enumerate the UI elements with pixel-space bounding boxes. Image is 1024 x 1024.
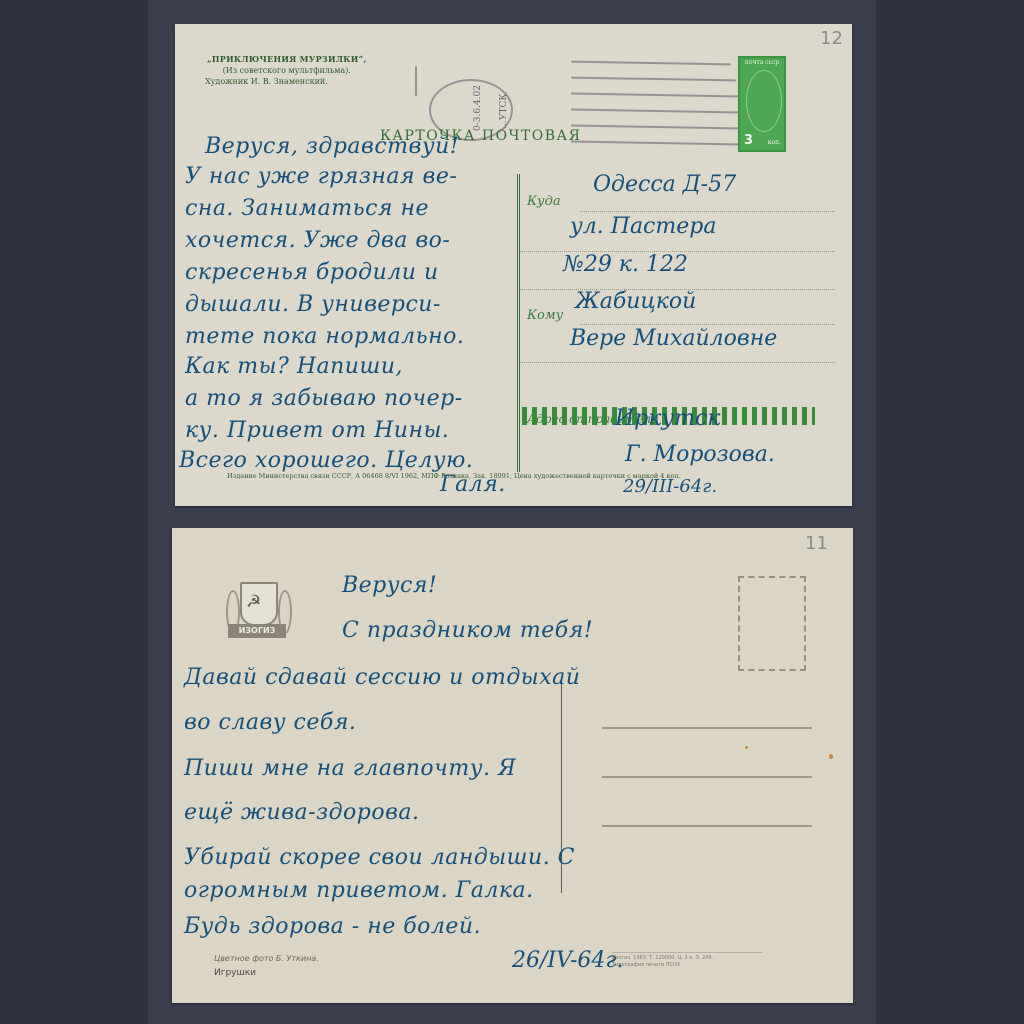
message-line: Веруся, здравствуй!	[205, 134, 459, 159]
label-to-whom: Кому	[527, 308, 563, 323]
stain-mark	[745, 746, 748, 749]
publisher-footer: Издание Министерства связи СССР, А 06468…	[227, 472, 681, 480]
izogiz-emblem: ☭ ИЗОГИЗ	[224, 580, 292, 650]
cartoon-title-block: „ПРИКЛЮЧЕНИЯ МУРЗИЛКИ“, (Из советского м…	[207, 54, 367, 87]
cancel-wave-icon	[571, 109, 741, 114]
address-city: Одесса Д-57	[593, 172, 736, 197]
publisher-banner: ИЗОГИЗ	[228, 624, 286, 638]
address-line	[602, 727, 812, 729]
stamp-value: 3	[744, 133, 753, 148]
message-line: ку. Привет от Нины.	[185, 418, 449, 443]
title-line: „ПРИКЛЮЧЕНИЯ МУРЗИЛКИ“,	[207, 54, 367, 65]
archive-number: 12	[820, 28, 843, 49]
stamp-globe-icon	[746, 70, 782, 132]
message-line: У нас уже грязная ве-	[185, 164, 457, 189]
stamp-country: почта ссср	[740, 59, 784, 66]
title-line: (Из советского мультфильма).	[207, 65, 367, 76]
address-street: ул. Пастера	[570, 214, 716, 239]
address-surname: Жабицкой	[575, 289, 696, 314]
message-line: скресенья бродили и	[185, 260, 439, 285]
postmark-city: …УТСК	[499, 94, 509, 129]
postmark-date: 0-3.6.4.02	[473, 85, 483, 131]
message-line: Веруся!	[342, 573, 437, 598]
artist-line: Художник И. В. Знаменский.	[205, 76, 367, 87]
address-line	[520, 362, 835, 363]
cancel-wave-icon	[571, 77, 736, 82]
message-line: во славу себя.	[184, 710, 356, 735]
sender-city: Иркутск	[615, 406, 721, 431]
print-info-line: Изогиз. 1963. Т. 120000. Ц. 2 к. З. 249.	[612, 955, 762, 962]
message-line: Всего хорошего. Целую.	[179, 448, 473, 473]
sender-name: Г. Морозова.	[625, 442, 775, 467]
address-name: Вере Михайловне	[570, 326, 777, 351]
postage-stamp: почта ссср 3 коп.	[738, 56, 786, 152]
message-line: Пиши мне на главпочту. Я	[184, 756, 516, 781]
message-line: Как ты? Напиши,	[185, 354, 403, 379]
cancel-wave-icon	[571, 93, 741, 98]
photo-credit: Цветное фото Б. Уткина.	[214, 954, 319, 963]
print-info-line: Типография печати ЛСНХ	[612, 962, 762, 969]
archive-number: 11	[805, 533, 828, 554]
message-line: дышали. В универси-	[185, 292, 441, 317]
postcard-front-address-side: „ПРИКЛЮЧЕНИЯ МУРЗИЛКИ“, (Из советского м…	[175, 24, 852, 506]
message-line: а то я забываю почер-	[185, 386, 463, 411]
stamp-currency: коп.	[768, 139, 781, 146]
message-line: Давай сдавай сессию и отдыхай	[184, 665, 580, 690]
cancel-wave-icon	[571, 140, 743, 145]
cancel-wave-icon	[571, 61, 731, 66]
label-to-where: Куда	[527, 194, 561, 209]
message-line: Будь здорова - не болей.	[184, 914, 481, 939]
stain-mark	[829, 754, 833, 759]
stamp-placeholder-box	[738, 576, 806, 671]
address-line	[580, 324, 835, 325]
cancel-wave-icon	[571, 124, 743, 129]
address-line	[602, 776, 812, 778]
message-line: огромным приветом. Галка.	[184, 878, 534, 903]
address-line	[602, 825, 812, 827]
postmark-bar-icon	[415, 66, 417, 96]
print-info: Изогиз. 1963. Т. 120000. Ц. 2 к. З. 249.…	[612, 952, 762, 969]
message-line: ещё жива-здорова.	[184, 800, 420, 825]
message-date: 26/IV-64г.	[512, 948, 624, 973]
message-divider	[517, 174, 520, 472]
message-line: тете пока нормально.	[185, 324, 464, 349]
hammer-sickle-icon: ☭	[246, 592, 261, 612]
postcard-caption: Игрушки	[214, 968, 256, 978]
address-line	[580, 211, 835, 212]
message-line: С праздником тебя!	[342, 618, 593, 643]
address-house: №29 к. 122	[563, 252, 688, 277]
message-line: сна. Заниматься не	[185, 196, 429, 221]
message-line: Убирай скорее свои ландыши. С	[184, 845, 575, 870]
message-line: хочется. Уже два во-	[185, 228, 450, 253]
postcard-back-side: 11 ☭ ИЗОГИЗ Веруся! С праздником тебя! Д…	[172, 528, 853, 1003]
